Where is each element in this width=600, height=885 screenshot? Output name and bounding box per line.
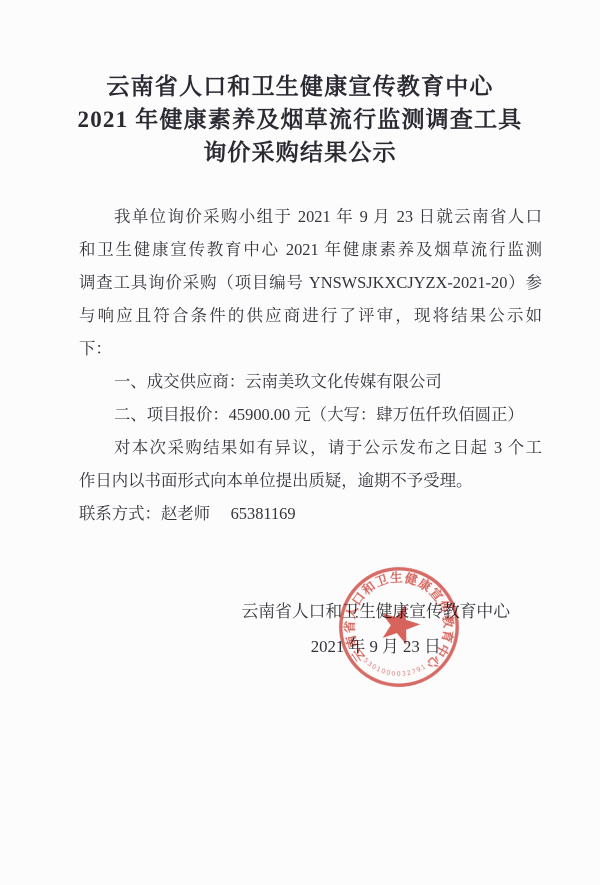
body-text-line: 和卫生健康宣传教育中心 2021 年健康素养及烟草流行监测 xyxy=(79,233,542,266)
body-text-line: 作日内以书面形式向本单位提出质疑，逾期不予受理。 xyxy=(79,464,542,497)
body-text-line: 一、成交供应商：云南美玖文化传媒有限公司 xyxy=(79,365,542,398)
body-text-line: 下： xyxy=(79,332,542,365)
body-text-line: 调查工具询价采购（项目编号 YNSWSJKXCJYZX-2021-20）参 xyxy=(79,266,542,299)
document-title-line-3: 询价采购结果公示 xyxy=(0,136,600,169)
scanned-document-page: 云南省人口和卫生健康宣传教育中心 2021 年健康素养及烟草流行监测调查工具 询… xyxy=(0,0,600,885)
document-title-line-2: 2021 年健康素养及烟草流行监测调查工具 xyxy=(0,103,600,136)
body-text-line: 二、项目报价：45900.00 元（大写：肆万伍仟玖佰圆正） xyxy=(79,398,542,431)
document-body: 我单位询价采购小组于 2021 年 9 月 23 日就云南省人口和卫生健康宣传教… xyxy=(79,200,542,530)
body-text-line: 我单位询价采购小组于 2021 年 9 月 23 日就云南省人口 xyxy=(79,200,542,233)
body-text-line: 对本次采购结果如有异议，请于公示发布之日起 3 个工 xyxy=(79,431,542,464)
document-title-line-1: 云南省人口和卫生健康宣传教育中心 xyxy=(0,70,600,103)
official-seal-stamp: 云南省人口和卫生健康宣传教育中心 5301000032791 xyxy=(329,557,470,698)
seal-star-icon xyxy=(375,599,424,647)
body-text-line: 联系方式：赵老师 65381169 xyxy=(79,497,542,530)
body-text-line: 与响应且符合条件的供应商进行了评审，现将结果公示如 xyxy=(79,299,542,332)
document-title: 云南省人口和卫生健康宣传教育中心 2021 年健康素养及烟草流行监测调查工具 询… xyxy=(0,70,600,169)
